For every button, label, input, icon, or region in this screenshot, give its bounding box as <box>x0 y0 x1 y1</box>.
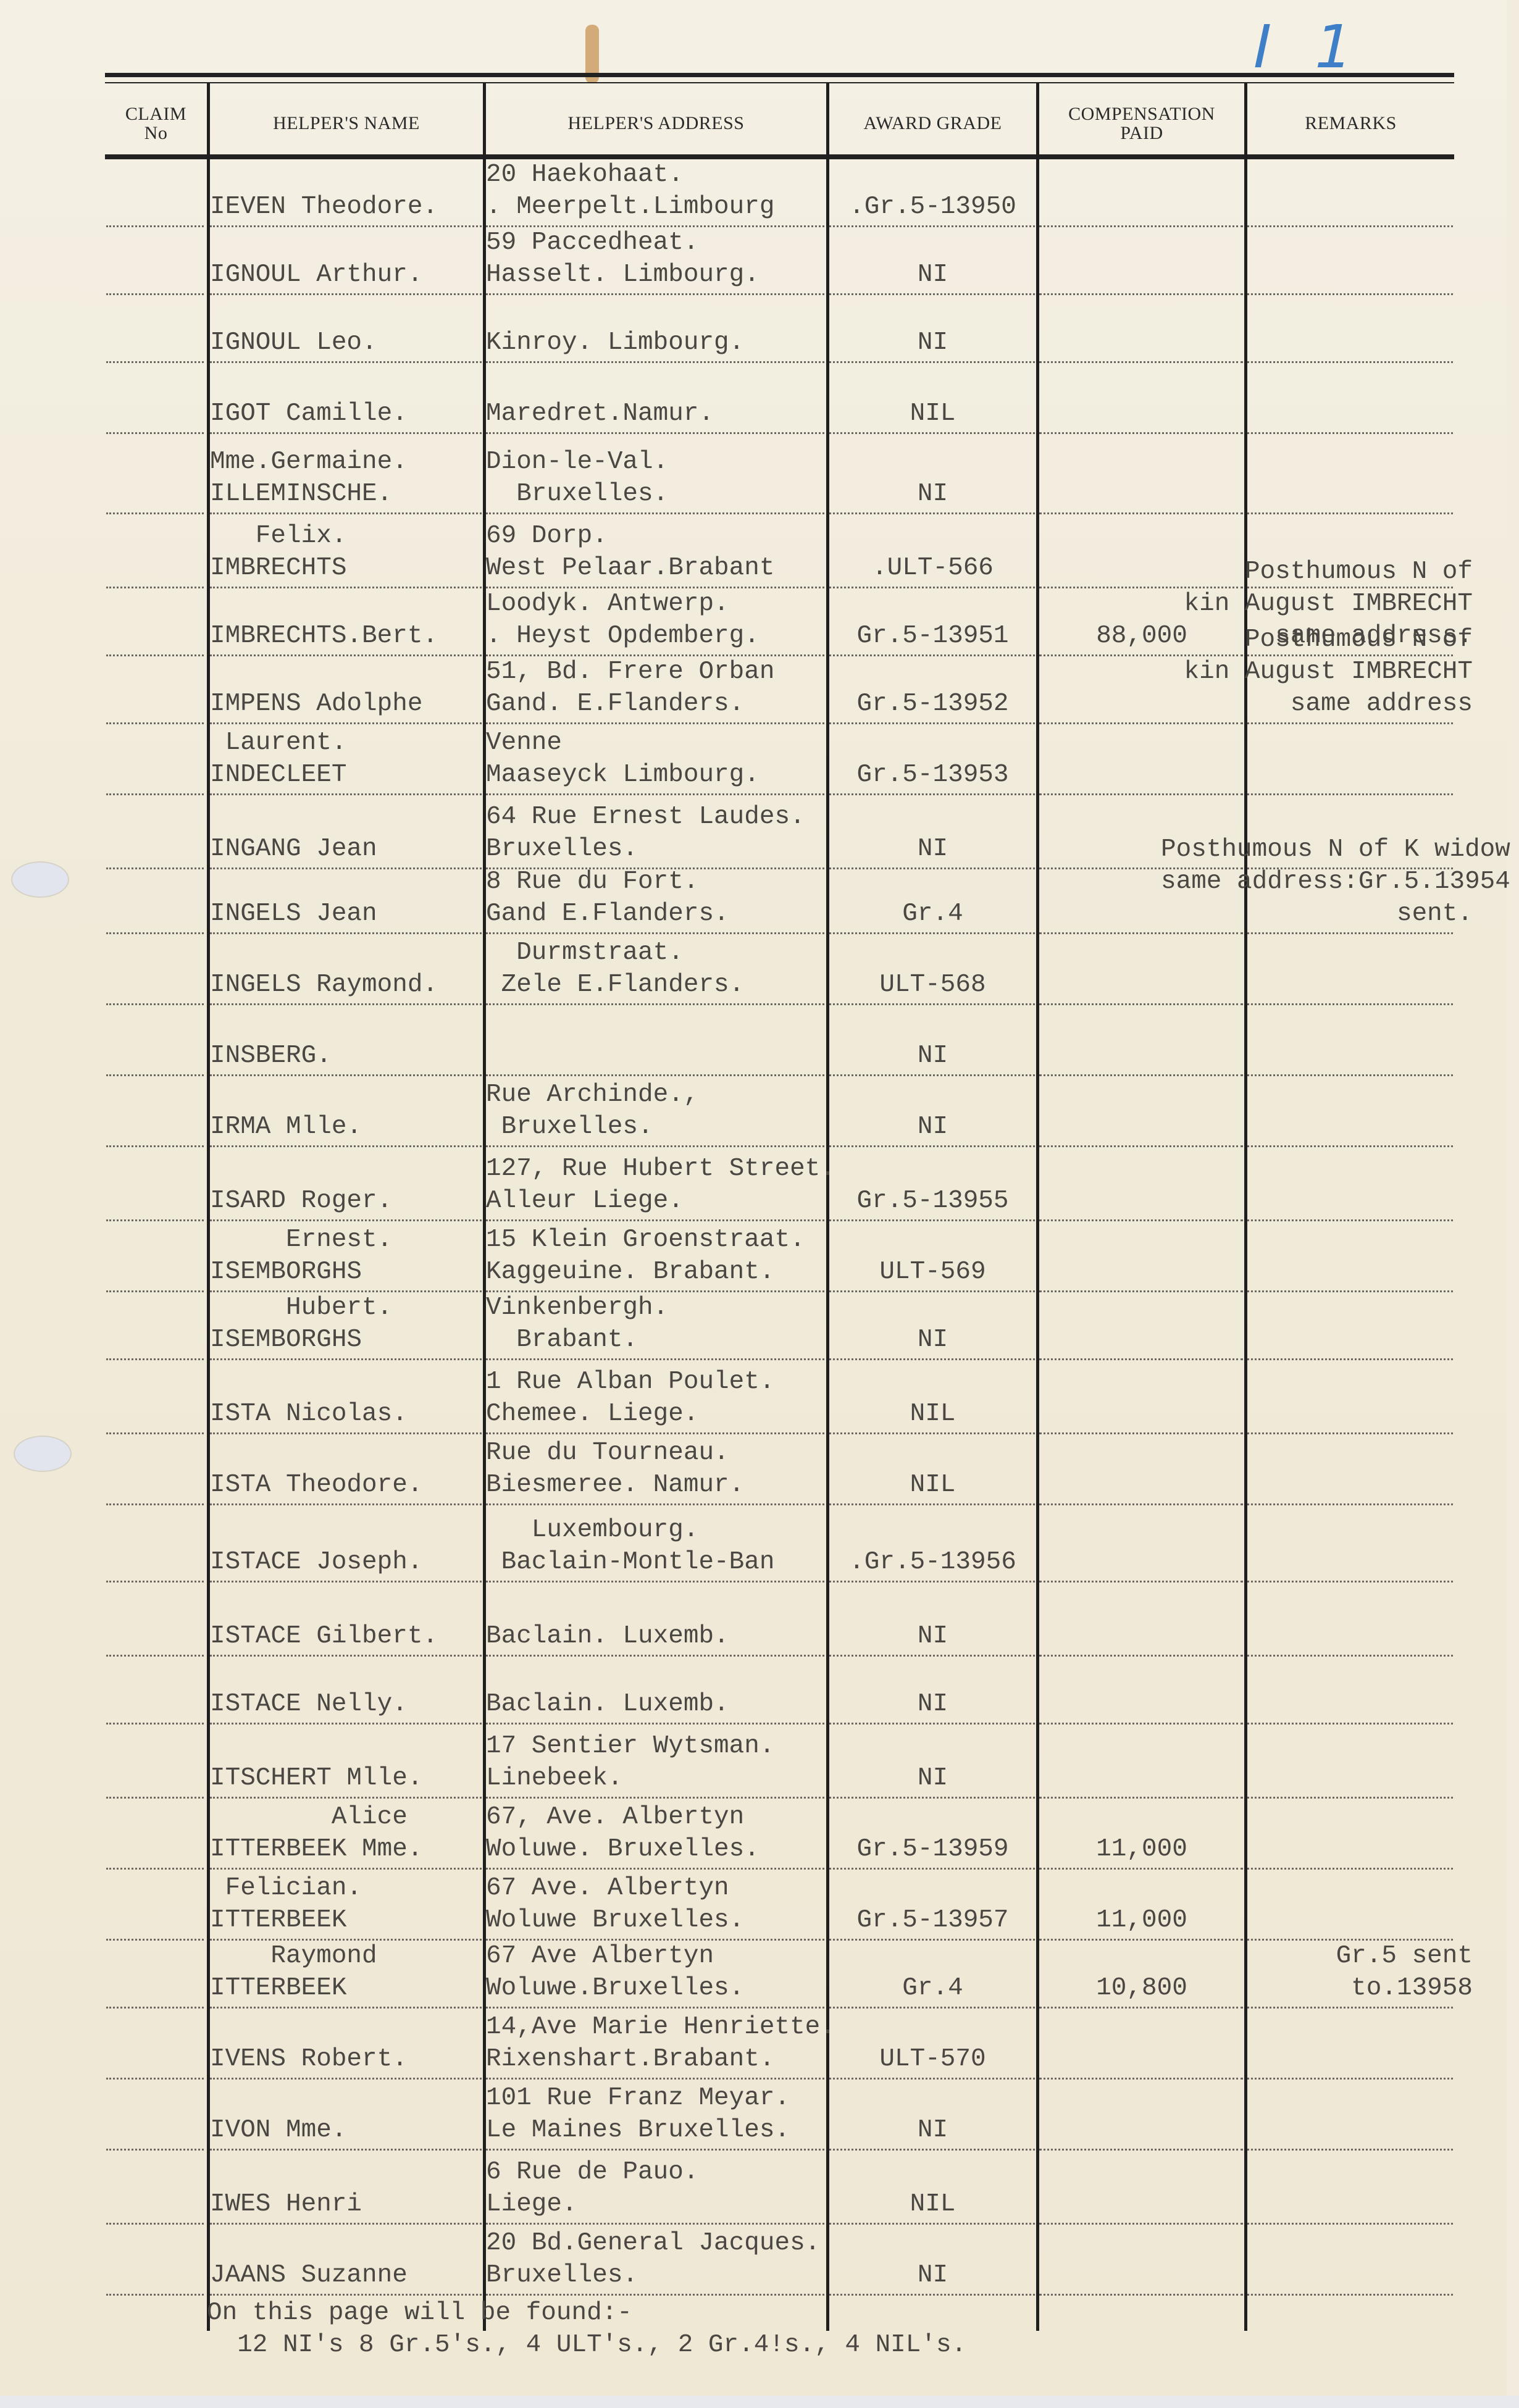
header-compensation-paid: COMPENSATION PAID <box>1039 93 1244 154</box>
row-dotted-line <box>106 1797 204 1799</box>
row-dotted-line <box>1039 432 1243 434</box>
row-dotted-line <box>210 722 482 724</box>
helper-name-cell: IGOT Camille. <box>210 398 483 430</box>
row-dotted-line <box>829 1358 1035 1360</box>
helper-name-cell: ISTACE Nelly. <box>210 1688 483 1720</box>
row-dotted-line <box>829 1290 1035 1292</box>
row-dotted-line <box>1247 2149 1453 2151</box>
remarks-cell: Posthumous N of K widow same address:Gr.… <box>1161 834 1473 930</box>
row-dotted-line <box>106 293 204 295</box>
row-dotted-line <box>210 1003 482 1005</box>
row-dotted-line <box>486 722 824 724</box>
row-dotted-line <box>486 1074 824 1076</box>
scan-background <box>0 2396 1519 2408</box>
row-dotted-line <box>210 1581 482 1582</box>
row-dotted-line <box>1039 1074 1243 1076</box>
row-dotted-line <box>1247 1432 1453 1434</box>
helper-address-cell: 14,Ave Marie Henriette. Rixenshart.Braba… <box>486 2011 826 2075</box>
row-dotted-line <box>486 2007 824 2009</box>
row-dotted-line <box>210 1074 482 1076</box>
row-dotted-line <box>1039 1145 1243 1147</box>
row-dotted-line <box>106 225 204 227</box>
row-dotted-line <box>106 1074 204 1076</box>
row-dotted-line <box>829 793 1035 795</box>
row-dotted-line <box>486 2078 824 2080</box>
row-dotted-line <box>486 293 824 295</box>
helper-name-cell: Felician. ITTERBEEK <box>210 1872 483 1936</box>
helper-name-cell: Alice ITTERBEEK Mme. <box>210 1801 483 1865</box>
award-grade-cell: Gr.5-13959 <box>829 1833 1036 1865</box>
row-dotted-line <box>106 1145 204 1147</box>
row-dotted-line <box>486 1358 824 1360</box>
helper-name-cell: Ernest. ISEMBORGHS <box>210 1224 483 1288</box>
page-summary-line1: On this page will be found:- <box>207 2297 632 2329</box>
helper-name-cell: INSBERG. <box>210 1040 483 1072</box>
row-dotted-line <box>829 2007 1035 2009</box>
award-grade-cell: Gr.5-13951 <box>829 620 1036 652</box>
row-dotted-line <box>829 932 1035 934</box>
row-dotted-line <box>1247 1655 1453 1657</box>
helper-address-cell: 101 Rue Franz Meyar. Le Maines Bruxelles… <box>486 2082 826 2146</box>
row-dotted-line <box>1247 361 1453 363</box>
row-dotted-line <box>106 2294 204 2296</box>
row-dotted-line <box>106 1432 204 1434</box>
helper-address-cell: Durmstraat. Zele E.Flanders. <box>486 937 826 1001</box>
row-dotted-line <box>210 1723 482 1724</box>
award-grade-cell: NI <box>829 1324 1036 1356</box>
row-dotted-line <box>1247 2223 1453 2225</box>
helper-address-cell: Vinkenbergh. Brabant. <box>486 1292 826 1356</box>
row-dotted-line <box>829 293 1035 295</box>
row-dotted-line <box>106 1290 204 1292</box>
helper-name-cell: IMBRECHTS.Bert. <box>210 620 483 652</box>
award-grade-cell: NI <box>829 1111 1036 1143</box>
row-dotted-line <box>1039 1290 1243 1292</box>
row-dotted-line <box>1039 2294 1243 2296</box>
row-dotted-line <box>1039 1503 1243 1505</box>
row-dotted-line <box>829 2149 1035 2151</box>
row-dotted-line <box>486 1655 824 1657</box>
award-grade-cell: NIL <box>829 1398 1036 1430</box>
row-dotted-line <box>829 1432 1035 1434</box>
row-dotted-line <box>1039 1868 1243 1870</box>
row-dotted-line <box>210 512 482 514</box>
row-dotted-line <box>210 932 482 934</box>
row-dotted-line <box>829 654 1035 656</box>
row-dotted-line <box>1247 293 1453 295</box>
row-dotted-line <box>486 1432 824 1434</box>
row-dotted-line <box>210 793 482 795</box>
row-dotted-line <box>829 432 1035 434</box>
award-grade-cell: ULT-570 <box>829 2043 1036 2075</box>
helper-address-cell: Kinroy. Limbourg. <box>486 327 826 359</box>
remarks-cell: Gr.5 sent to.13958 <box>1161 1940 1473 2004</box>
helper-name-cell: IVENS Robert. <box>210 2043 483 2075</box>
row-dotted-line <box>829 722 1035 724</box>
helper-address-cell: Rue du Tourneau. Biesmeree. Namur. <box>486 1437 826 1501</box>
row-dotted-line <box>1039 361 1243 363</box>
row-dotted-line <box>486 1145 824 1147</box>
award-grade-cell: NI <box>829 833 1036 865</box>
helper-address-cell: 59 Paccedheat. Hasselt. Limbourg. <box>486 227 826 291</box>
row-dotted-line <box>1247 1358 1453 1360</box>
compensation-cell: 11,000 <box>1039 1833 1244 1865</box>
row-dotted-line <box>1247 793 1453 795</box>
row-dotted-line <box>1039 1655 1243 1657</box>
handwritten-page-mark: I 1 <box>1246 12 1372 82</box>
row-dotted-line <box>829 2223 1035 2225</box>
helper-address-cell: 20 Bd.General Jacques. Bruxelles. <box>486 2227 826 2291</box>
helper-address-cell: Loodyk. Antwerp. . Heyst Opdemberg. <box>486 588 826 652</box>
row-dotted-line <box>1039 1219 1243 1221</box>
row-dotted-line <box>829 1219 1035 1221</box>
award-grade-cell: NI <box>829 259 1036 291</box>
row-dotted-line <box>1247 1290 1453 1292</box>
helper-name-cell: ITSCHERT Mlle. <box>210 1762 483 1794</box>
row-dotted-line <box>829 361 1035 363</box>
helper-name-cell: Mme.Germaine. ILLEMINSCHE. <box>210 446 483 510</box>
punch-hole <box>11 861 69 898</box>
row-dotted-line <box>1039 2007 1243 2009</box>
helper-name-cell: ISARD Roger. <box>210 1185 483 1217</box>
award-grade-cell: .ULT-566 <box>829 552 1036 584</box>
row-dotted-line <box>486 2149 824 2151</box>
row-dotted-line <box>210 2007 482 2009</box>
row-dotted-line <box>1039 1797 1243 1799</box>
helper-address-cell: Maredret.Namur. <box>486 398 826 430</box>
row-dotted-line <box>1247 1868 1453 1870</box>
row-dotted-line <box>829 1655 1035 1657</box>
row-dotted-line <box>106 1655 204 1657</box>
row-dotted-line <box>486 1003 824 1005</box>
header-claim-no: CLAIM No <box>105 93 207 154</box>
compensation-cell: 11,000 <box>1039 1904 1244 1936</box>
award-grade-cell: .Gr.5-13950 <box>829 191 1036 223</box>
row-dotted-line <box>1039 2223 1243 2225</box>
award-grade-cell: ULT-569 <box>829 1256 1036 1288</box>
award-grade-cell: NIL <box>829 1469 1036 1501</box>
row-dotted-line <box>486 1723 824 1724</box>
row-dotted-line <box>106 932 204 934</box>
row-dotted-line <box>829 2078 1035 2080</box>
row-dotted-line <box>106 512 204 514</box>
helper-name-cell: IGNOUL Leo. <box>210 327 483 359</box>
row-dotted-line <box>210 1145 482 1147</box>
row-dotted-line <box>106 1868 204 1870</box>
award-grade-cell: Gr.5-13952 <box>829 688 1036 720</box>
remarks-cell: Posthumous N of kin August IMBRECHT same… <box>1161 624 1473 720</box>
helper-address-cell: Dion-le-Val. Bruxelles. <box>486 446 826 510</box>
row-dotted-line <box>210 2223 482 2225</box>
helper-address-cell: 127, Rue Hubert Street. Alleur Liege. <box>486 1153 826 1217</box>
helper-name-cell: Felix. IMBRECHTS <box>210 520 483 584</box>
row-dotted-line <box>210 654 482 656</box>
row-dotted-line <box>210 293 482 295</box>
award-grade-cell: ULT-568 <box>829 969 1036 1001</box>
row-dotted-line <box>210 867 482 869</box>
row-dotted-line <box>1247 225 1453 227</box>
row-dotted-line <box>1247 1074 1453 1076</box>
header-top-rule <box>105 73 1454 77</box>
row-dotted-line <box>106 654 204 656</box>
row-dotted-line <box>1039 2078 1243 2080</box>
row-dotted-line <box>1039 1581 1243 1582</box>
helper-address-cell: 20 Haekohaat. . Meerpelt.Limbourg <box>486 159 826 223</box>
row-dotted-line <box>106 867 204 869</box>
row-dotted-line <box>1039 932 1243 934</box>
row-dotted-line <box>486 793 824 795</box>
helper-name-cell: Raymond ITTERBEEK <box>210 1940 483 2004</box>
helper-address-cell: 17 Sentier Wytsman. Linebeek. <box>486 1730 826 1794</box>
row-dotted-line <box>1247 1797 1453 1799</box>
row-dotted-line <box>829 1074 1035 1076</box>
row-dotted-line <box>1039 793 1243 795</box>
award-grade-cell: NI <box>829 327 1036 359</box>
row-dotted-line <box>829 1581 1035 1582</box>
row-dotted-line <box>210 1219 482 1221</box>
row-dotted-line <box>1247 1723 1453 1724</box>
row-dotted-line <box>486 512 824 514</box>
row-dotted-line <box>1039 293 1243 295</box>
award-grade-cell: Gr.5-13953 <box>829 759 1036 791</box>
row-dotted-line <box>829 1797 1035 1799</box>
row-dotted-line <box>1247 2007 1453 2009</box>
row-dotted-line <box>106 1003 204 1005</box>
row-dotted-line <box>1039 512 1243 514</box>
row-dotted-line <box>210 2078 482 2080</box>
row-dotted-line <box>210 1797 482 1799</box>
row-dotted-line <box>1039 225 1243 227</box>
row-dotted-line <box>210 1358 482 1360</box>
row-dotted-line <box>1247 1145 1453 1147</box>
helper-address-cell: 15 Klein Groenstraat. Kaggeuine. Brabant… <box>486 1224 826 1288</box>
helper-name-cell: INGELS Raymond. <box>210 969 483 1001</box>
award-grade-cell: .Gr.5-13956 <box>829 1546 1036 1578</box>
row-dotted-line <box>486 1503 824 1505</box>
row-dotted-line <box>1247 722 1453 724</box>
row-dotted-line <box>1247 1581 1453 1582</box>
helper-address-cell: 51, Bd. Frere Orban Gand. E.Flanders. <box>486 656 826 720</box>
row-dotted-line <box>210 1503 482 1505</box>
row-dotted-line <box>829 512 1035 514</box>
row-dotted-line <box>486 2223 824 2225</box>
row-dotted-line <box>1247 2294 1453 2296</box>
award-grade-cell: NI <box>829 478 1036 510</box>
row-dotted-line <box>1247 932 1453 934</box>
row-dotted-line <box>829 587 1035 588</box>
helper-address-cell: 6 Rue de Pauo. Liege. <box>486 2156 826 2220</box>
row-dotted-line <box>829 1939 1035 1941</box>
header-award-grade: AWARD GRADE <box>829 93 1036 154</box>
row-dotted-line <box>106 1503 204 1505</box>
row-dotted-line <box>106 2078 204 2080</box>
helper-address-cell: 67 Ave Albertyn Woluwe.Bruxelles. <box>486 1940 826 2004</box>
row-dotted-line <box>829 1868 1035 1870</box>
row-dotted-line <box>486 1868 824 1870</box>
helper-address-cell: Luxembourg. Baclain-Montle-Ban <box>486 1514 826 1578</box>
punch-hole <box>14 1436 72 1472</box>
award-grade-cell: Gr.4 <box>829 1972 1036 2004</box>
row-dotted-line <box>106 1939 204 1941</box>
row-dotted-line <box>1039 1432 1243 1434</box>
row-dotted-line <box>210 432 482 434</box>
helper-address-cell: 8 Rue du Fort. Gand E.Flanders. <box>486 866 826 930</box>
row-dotted-line <box>829 1145 1035 1147</box>
row-dotted-line <box>106 2149 204 2151</box>
row-dotted-line <box>486 1219 824 1221</box>
helper-name-cell: Hubert. ISEMBORGHS <box>210 1292 483 1356</box>
row-dotted-line <box>1039 1003 1243 1005</box>
award-grade-cell: Gr.4 <box>829 898 1036 930</box>
header-helper-name: HELPER'S NAME <box>210 93 483 154</box>
row-dotted-line <box>1247 2078 1453 2080</box>
header-top-thin-rule <box>105 82 1454 83</box>
helper-address-cell: 67 Ave. Albertyn Woluwe Bruxelles. <box>486 1872 826 1936</box>
helper-name-cell: IEVEN Theodore. <box>210 191 483 223</box>
row-dotted-line <box>210 1655 482 1657</box>
row-dotted-line <box>829 1003 1035 1005</box>
award-grade-cell: NI <box>829 1040 1036 1072</box>
helper-name-cell: ISTA Theodore. <box>210 1469 483 1501</box>
row-dotted-line <box>210 361 482 363</box>
row-dotted-line <box>210 587 482 588</box>
row-dotted-line <box>486 361 824 363</box>
row-dotted-line <box>106 2223 204 2225</box>
award-grade-cell: NIL <box>829 2188 1036 2220</box>
helper-address-cell: Baclain. Luxemb. <box>486 1688 826 1720</box>
helper-name-cell: JAANS Suzanne <box>210 2259 483 2291</box>
row-dotted-line <box>106 793 204 795</box>
helper-address-cell: 1 Rue Alban Poulet. Chemee. Liege. <box>486 1366 826 1430</box>
helper-name-cell: Laurent. INDECLEET <box>210 727 483 791</box>
row-dotted-line <box>1247 1219 1453 1221</box>
row-dotted-line <box>106 1219 204 1221</box>
helper-address-cell: 67, Ave. Albertyn Woluwe. Bruxelles. <box>486 1801 826 1865</box>
award-grade-cell: NI <box>829 1620 1036 1652</box>
row-dotted-line <box>106 1358 204 1360</box>
helper-name-cell: INGELS Jean <box>210 898 483 930</box>
row-dotted-line <box>1247 1003 1453 1005</box>
row-dotted-line <box>1039 1723 1243 1724</box>
helper-name-cell: ISTA Nicolas. <box>210 1398 483 1430</box>
award-grade-cell: NIL <box>829 398 1036 430</box>
row-dotted-line <box>106 2007 204 2009</box>
helper-address-cell: 64 Rue Ernest Laudes. Bruxelles. <box>486 801 826 865</box>
page-summary-line2: 12 NI's 8 Gr.5's., 4 ULT's., 2 Gr.4!s., … <box>207 2329 966 2361</box>
row-dotted-line <box>106 1581 204 1582</box>
helper-name-cell: ISTACE Joseph. <box>210 1546 483 1578</box>
award-grade-cell: Gr.5-13955 <box>829 1185 1036 1217</box>
award-grade-cell: NI <box>829 1688 1036 1720</box>
row-dotted-line <box>486 432 824 434</box>
row-dotted-line <box>1247 512 1453 514</box>
helper-address-cell: 69 Dorp. West Pelaar.Brabant <box>486 520 826 584</box>
helper-address-cell: Baclain. Luxemb. <box>486 1620 826 1652</box>
row-dotted-line <box>210 1432 482 1434</box>
row-dotted-line <box>106 1723 204 1724</box>
award-grade-cell: NI <box>829 1762 1036 1794</box>
row-dotted-line <box>486 1797 824 1799</box>
row-dotted-line <box>486 932 824 934</box>
award-grade-cell: NI <box>829 2114 1036 2146</box>
helper-name-cell: IRMA Mlle. <box>210 1111 483 1143</box>
row-dotted-line <box>1039 722 1243 724</box>
row-dotted-line <box>1247 1503 1453 1505</box>
row-dotted-line <box>829 1503 1035 1505</box>
row-dotted-line <box>829 225 1035 227</box>
row-dotted-line <box>106 361 204 363</box>
helper-address-cell: Venne Maaseyck Limbourg. <box>486 727 826 791</box>
row-dotted-line <box>1039 2149 1243 2151</box>
helper-name-cell: ISTACE Gilbert. <box>210 1620 483 1652</box>
row-dotted-line <box>486 2294 824 2296</box>
row-dotted-line <box>106 722 204 724</box>
row-dotted-line <box>210 225 482 227</box>
award-grade-cell: Gr.5-13957 <box>829 1904 1036 1936</box>
helper-name-cell: IWES Henri <box>210 2188 483 2220</box>
row-dotted-line <box>210 1868 482 1870</box>
row-dotted-line <box>106 432 204 434</box>
helper-name-cell: IGNOUL Arthur. <box>210 259 483 291</box>
row-dotted-line <box>829 1723 1035 1724</box>
helper-address-cell: Rue Archinde., Bruxelles. <box>486 1079 826 1143</box>
helper-name-cell: INGANG Jean <box>210 833 483 865</box>
row-dotted-line <box>210 2294 482 2296</box>
row-dotted-line <box>1039 1358 1243 1360</box>
row-dotted-line <box>1247 432 1453 434</box>
header-remarks: REMARKS <box>1247 93 1454 154</box>
row-dotted-line <box>106 587 204 588</box>
row-dotted-line <box>210 2149 482 2151</box>
row-dotted-line <box>829 867 1035 869</box>
header-helper-address: HELPER'S ADDRESS <box>486 93 826 154</box>
helper-name-cell: IMPENS Adolphe <box>210 688 483 720</box>
helper-name-cell: IVON Mme. <box>210 2114 483 2146</box>
row-dotted-line <box>486 1581 824 1582</box>
award-grade-cell: NI <box>829 2259 1036 2291</box>
row-dotted-line <box>829 2294 1035 2296</box>
